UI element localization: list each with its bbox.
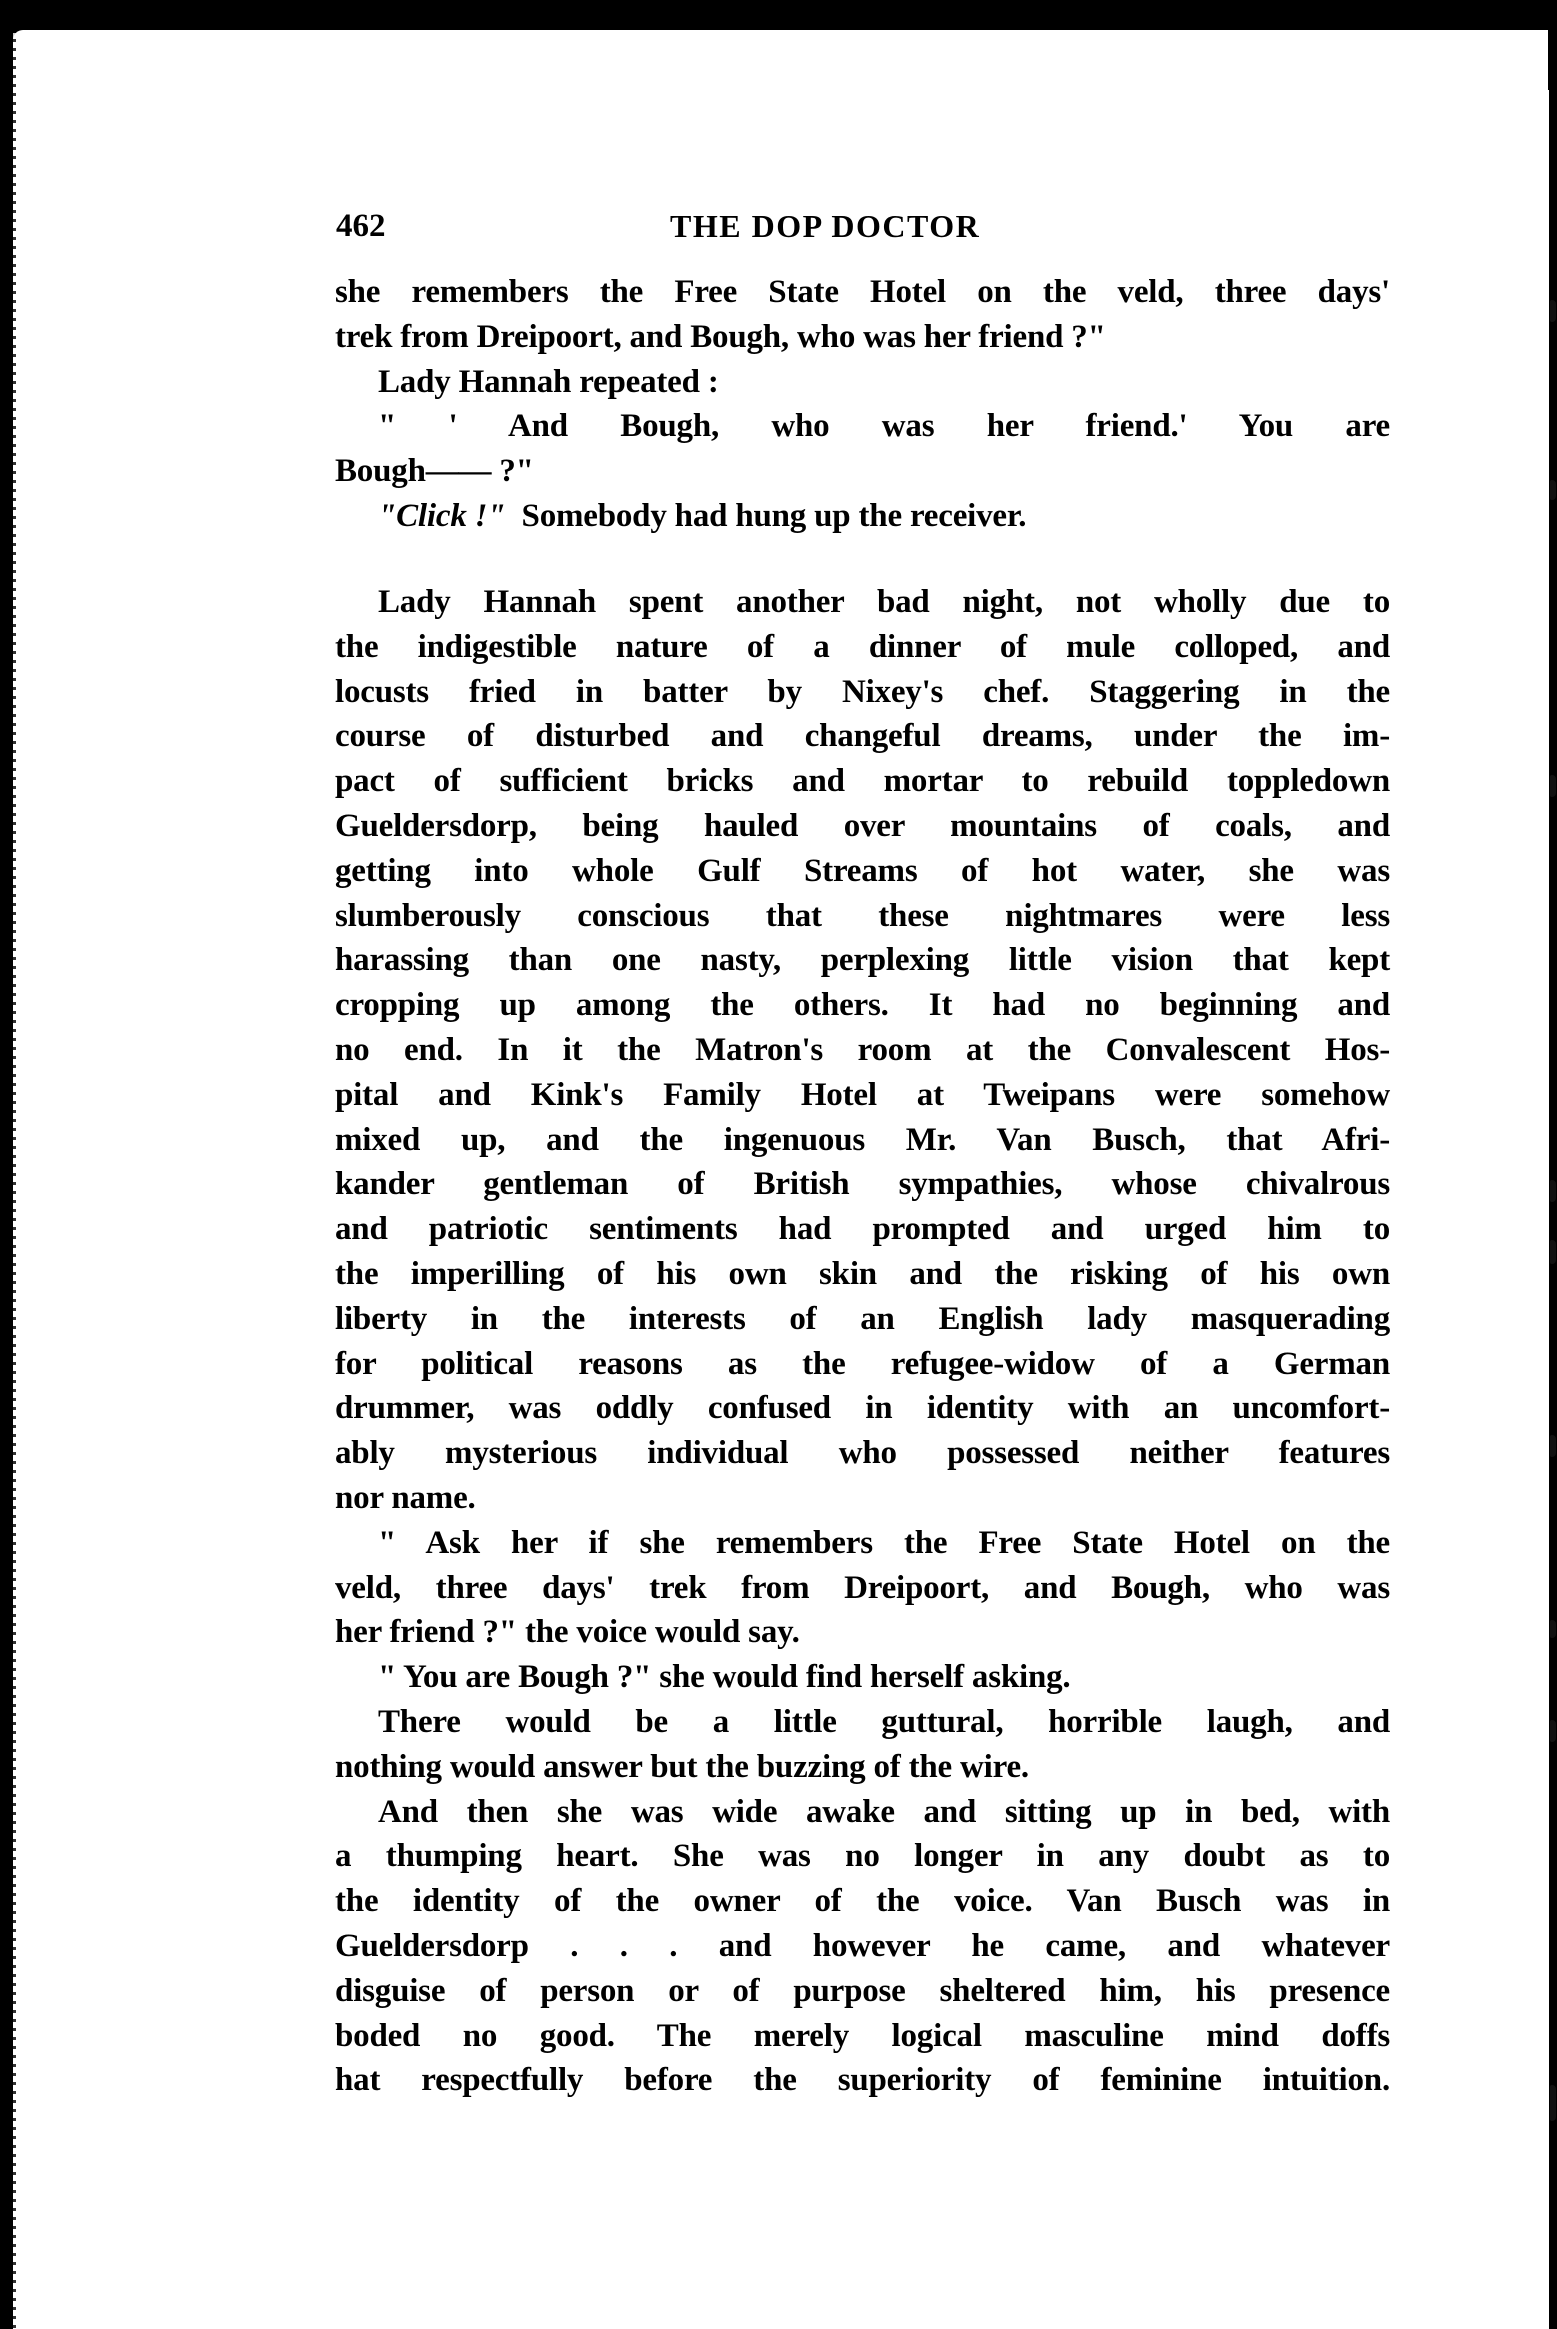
- text-line: " ' And Bough, who was her friend.' You …: [335, 404, 1390, 449]
- text-line: Lady Hannah spent another bad night, not…: [335, 580, 1390, 625]
- text-line: pital and Kink's Family Hotel at Tweipan…: [335, 1073, 1390, 1118]
- bleed-mark: [1550, 480, 1556, 500]
- scanned-book-page: 462 THE DOP DOCTOR she remembers the Fre…: [0, 0, 1557, 2329]
- text-line: veld, three days' trek from Dreipoort, a…: [335, 1566, 1390, 1611]
- text-line: hat respectfully before the superiority …: [335, 2058, 1390, 2103]
- bleed-mark: [1550, 1435, 1556, 1457]
- text-line: the identity of the owner of the voice. …: [335, 1879, 1390, 1924]
- click-line: "Click !" Somebody had hung up the recei…: [335, 494, 1390, 539]
- text-line: Gueldersdorp . . . and however he came, …: [335, 1924, 1390, 1969]
- text-line: Gueldersdorp, being hauled over mountain…: [335, 804, 1390, 849]
- text-line: "Click !" Somebody had hung up the recei…: [335, 494, 1390, 539]
- text-line: There would be a little guttural, horrib…: [335, 1700, 1390, 1745]
- bleed-mark: [1550, 300, 1556, 322]
- text-line: her friend ?" the voice would say.: [335, 1610, 1390, 1655]
- text-line: ably mysterious individual who possessed…: [335, 1431, 1390, 1476]
- bleed-mark: [1550, 1180, 1556, 1202]
- text-line: trek from Dreipoort, and Bough, who was …: [335, 315, 1390, 360]
- text-line: and patriotic sentiments had prompted an…: [335, 1207, 1390, 1252]
- text-line: no end. In it the Matron's room at the C…: [335, 1028, 1390, 1073]
- text-line: And then she was wide awake and sitting …: [335, 1790, 1390, 1835]
- bleed-mark: [1550, 1240, 1556, 1264]
- text-line: the indigestible nature of a dinner of m…: [335, 625, 1390, 670]
- bleed-mark: [1550, 775, 1556, 797]
- text-line: for political reasons as the refugee-wid…: [335, 1342, 1390, 1387]
- text-line: cropping up among the others. It had no …: [335, 983, 1390, 1028]
- text-line: mixed up, and the ingenuous Mr. Van Busc…: [335, 1118, 1390, 1163]
- text-line: boded no good. The merely logical mascul…: [335, 2014, 1390, 2059]
- text-line: slumberously conscious that these nightm…: [335, 894, 1390, 939]
- text-line: kander gentleman of British sympathies, …: [335, 1162, 1390, 1207]
- text-line: Lady Hannah repeated :: [335, 360, 1390, 405]
- text-line: pact of sufficient bricks and mortar to …: [335, 759, 1390, 804]
- bleed-mark: [1550, 1720, 1556, 1742]
- text-line: nor name.: [335, 1476, 1390, 1521]
- page-number: 462: [336, 208, 386, 245]
- click-rest: Somebody had hung up the receiver.: [505, 498, 1026, 534]
- left-scan-edge: [13, 30, 16, 2329]
- text-line: drummer, was oddly confused in identity …: [335, 1386, 1390, 1431]
- text-line: harassing than one nasty, perplexing lit…: [335, 938, 1390, 983]
- text-line: she remembers the Free State Hotel on th…: [335, 270, 1390, 315]
- text-line: course of disturbed and changeful dreams…: [335, 714, 1390, 759]
- running-head: 462 THE DOP DOCTOR: [335, 208, 1390, 248]
- right-scan-edge: [1548, 30, 1550, 90]
- bleed-mark: [1550, 2085, 1556, 2121]
- text-line: " Ask her if she remembers the Free Stat…: [335, 1521, 1390, 1566]
- text-block-continuation: she remembers the Free State Hotel on th…: [335, 270, 1390, 494]
- click-exclamation: "Click !": [378, 498, 505, 534]
- text-line: liberty in the interests of an English l…: [335, 1297, 1390, 1342]
- text-line: the imperilling of his own skin and the …: [335, 1252, 1390, 1297]
- bleed-mark: [1550, 1620, 1556, 1638]
- text-line: getting into whole Gulf Streams of hot w…: [335, 849, 1390, 894]
- text-line: a thumping heart. She was no longer in a…: [335, 1834, 1390, 1879]
- text-line: nothing would answer but the buzzing of …: [335, 1745, 1390, 1790]
- text-line: Bough—— ?": [335, 449, 1390, 494]
- text-block-main: Lady Hannah spent another bad night, not…: [335, 580, 1390, 2103]
- running-title: THE DOP DOCTOR: [670, 208, 980, 245]
- text-line: " You are Bough ?" she would find hersel…: [335, 1655, 1390, 1700]
- text-line: disguise of person or of purpose shelter…: [335, 1969, 1390, 2014]
- text-line: locusts fried in batter by Nixey's chef.…: [335, 670, 1390, 715]
